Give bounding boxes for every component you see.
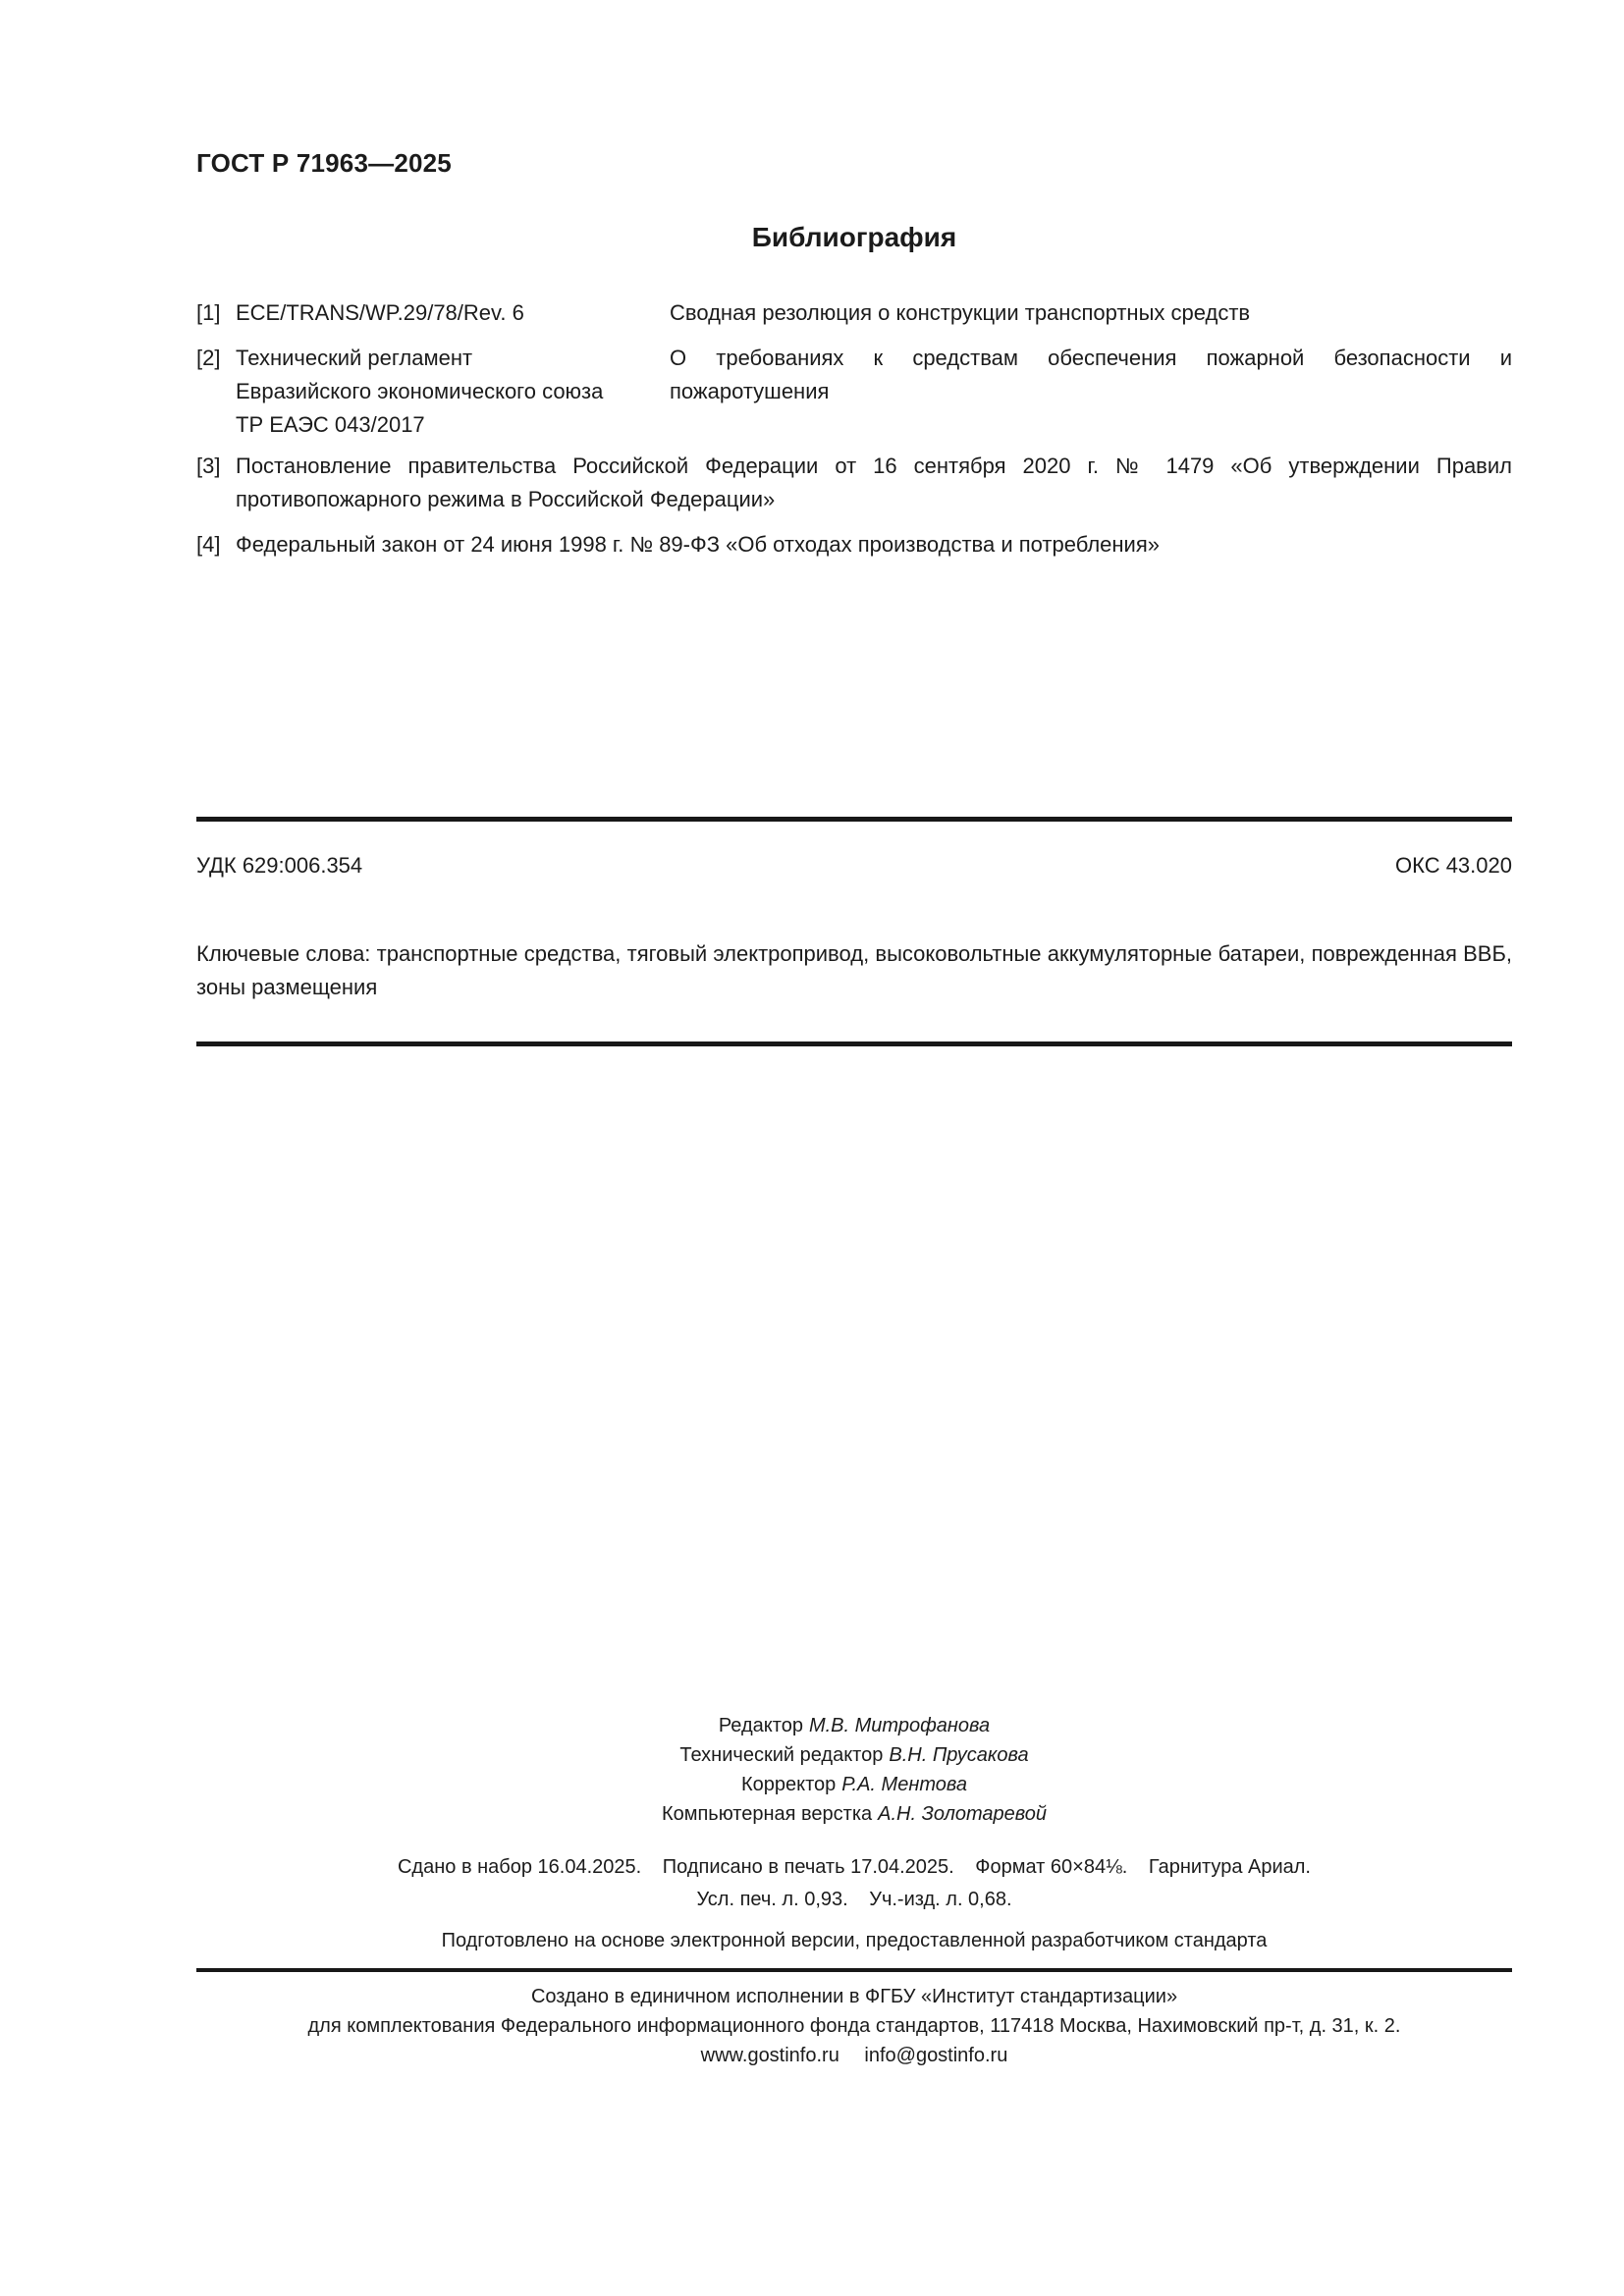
staff-name: М.В. Митрофанова (809, 1715, 990, 1736)
ref-description: Сводная резолюция о конструкции транспор… (670, 296, 1512, 330)
staff-role: Компьютерная верстка (662, 1803, 872, 1825)
ref-designation: ECE/TRANS/WP.29/78/Rev. 6 (236, 296, 670, 330)
divider-rule-top (196, 817, 1512, 822)
oks-code: ОКС 43.020 (1395, 853, 1512, 879)
publisher-website: www.gostinfo.ru (701, 2045, 839, 2066)
ref-number: [3] (196, 450, 220, 483)
ref-number: [4] (196, 528, 220, 561)
section-title: Библиография (196, 222, 1512, 253)
staff-role: Корректор (741, 1774, 836, 1795)
imprint-typeset-date: Сдано в набор 16.04.2025. (398, 1856, 641, 1878)
imprint-printed-sheets: Усл. печ. л. 0,93. (696, 1889, 847, 1910)
staff-name: Р.А. Ментова (841, 1774, 967, 1795)
staff-role: Технический редактор (679, 1744, 883, 1766)
imprint-typeface: Гарнитура Ариал. (1149, 1856, 1311, 1878)
bibliography-entry-4: [4] Федеральный закон от 24 июня 1998 г.… (196, 528, 1512, 561)
imprint-format: Формат 60×84⅛. (975, 1856, 1127, 1878)
staff-line-corrector: КорректорР.А. Ментова (196, 1770, 1512, 1799)
bibliography-entry-3: [3] Постановление правительства Российск… (196, 450, 1512, 516)
bibliography-entry-1: [1] ECE/TRANS/WP.29/78/Rev. 6 Сводная ре… (196, 296, 1512, 330)
publisher-line-1: Создано в единичном исполнении в ФГБУ «И… (196, 1982, 1512, 2011)
publisher-contacts: www.gostinfo.ru info@gostinfo.ru (196, 2041, 1512, 2070)
divider-rule-middle (196, 1041, 1512, 1046)
ref-description: О требованиях к средствам обеспечения по… (670, 342, 1512, 408)
staff-line-editor: РедакторМ.В. Митрофанова (196, 1711, 1512, 1740)
ref-number: [1] (196, 296, 236, 330)
ref-text: Постановление правительства Российской Ф… (236, 454, 1512, 511)
bibliography-list: [1] ECE/TRANS/WP.29/78/Rev. 6 Сводная ре… (196, 296, 1512, 573)
publisher-line-2: для комплектования Федерального информац… (196, 2011, 1512, 2041)
codes-row: УДК 629:006.354 ОКС 43.020 (196, 853, 1512, 879)
staff-line-layout: Компьютерная версткаА.Н. Золотаревой (196, 1799, 1512, 1829)
publisher-email: info@gostinfo.ru (864, 2045, 1007, 2066)
ref-number: [2] (196, 342, 236, 375)
keywords-paragraph: Ключевые слова: транспортные средства, т… (196, 937, 1512, 1004)
staff-name: В.Н. Прусакова (889, 1744, 1028, 1766)
staff-role: Редактор (719, 1715, 803, 1736)
imprint-line-1: Сдано в набор 16.04.2025. Подписано в пе… (196, 1856, 1512, 1879)
imprint-publisher-sheets: Уч.-изд. л. 0,68. (869, 1889, 1011, 1910)
staff-block: РедакторМ.В. Митрофанова Технический ред… (196, 1711, 1512, 1829)
prepared-note: Подготовлено на основе электронной верси… (196, 1930, 1512, 1952)
imprint-line-2: Усл. печ. л. 0,93. Уч.-изд. л. 0,68. (196, 1889, 1512, 1911)
divider-rule-bottom (196, 1968, 1512, 1972)
doc-code: ГОСТ Р 71963—2025 (196, 148, 1512, 179)
udk-code: УДК 629:006.354 (196, 853, 362, 879)
publisher-block: Создано в единичном исполнении в ФГБУ «И… (196, 1982, 1512, 2070)
ref-designation: Технический регламент Евразийского эконо… (236, 342, 670, 442)
imprint-print-date: Подписано в печать 17.04.2025. (663, 1856, 954, 1878)
staff-name: А.Н. Золотаревой (878, 1803, 1047, 1825)
ref-text: Федеральный закон от 24 июня 1998 г. № 8… (236, 532, 1160, 557)
bibliography-entry-2: [2] Технический регламент Евразийского э… (196, 342, 1512, 442)
staff-line-technical-editor: Технический редакторВ.Н. Прусакова (196, 1740, 1512, 1770)
